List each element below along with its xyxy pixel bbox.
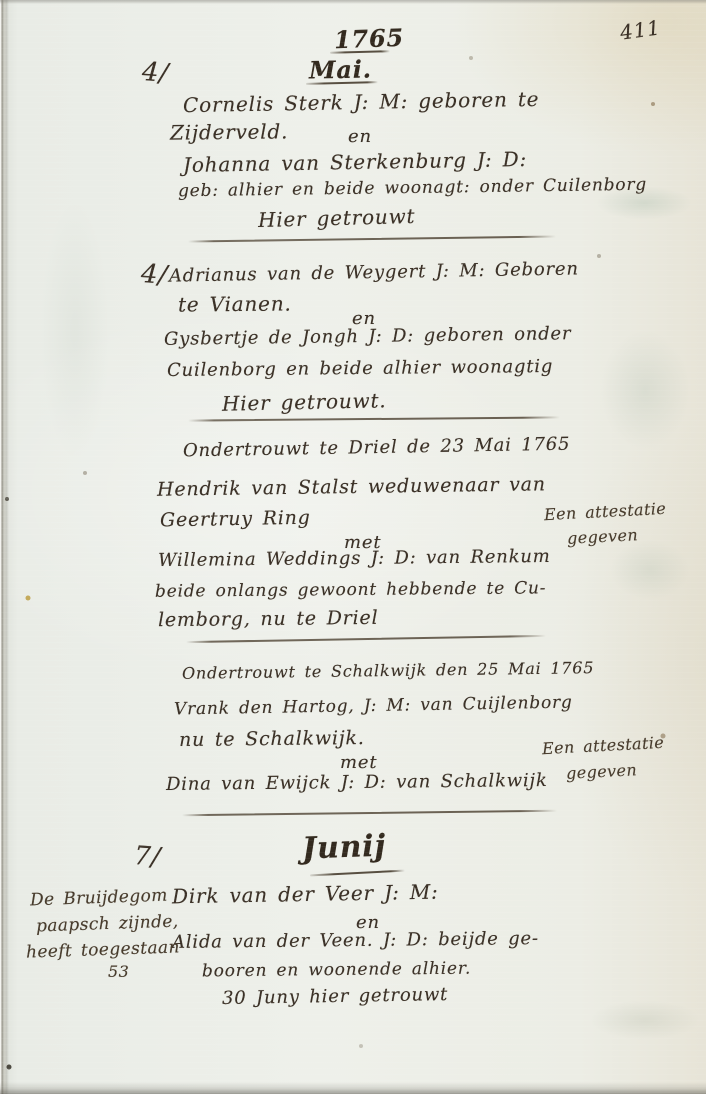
entry-line: Vrank den Hartog, J: M: van Cuijlenborg xyxy=(174,693,573,720)
entry-line: Dina van Ewijck J: D: van Schalkwijk xyxy=(166,770,548,795)
entry-line: te Vianen. xyxy=(178,292,292,317)
ink-bleed-smudge xyxy=(590,1000,700,1040)
entry-line: Hier getrouwt. xyxy=(222,388,387,415)
entry-line: Alida van der Veen. J: D: beijde ge- xyxy=(172,928,539,953)
entry-line: Ondertrouwt te Driel de 23 Mai 1765 xyxy=(183,434,571,462)
entry-line: Hendrik van Stalst weduwenaar van xyxy=(157,473,546,500)
entry-line: Zijderveld. xyxy=(170,119,288,144)
manuscript-page: 411 1765 Mai. 4/ Cornelis Sterk J: M: ge… xyxy=(0,0,706,1094)
entry-divider-line xyxy=(188,416,560,421)
entry-divider-line xyxy=(182,810,557,817)
month-header-june: Junij xyxy=(301,829,386,867)
entry-line: nu te Schalkwijk. xyxy=(179,727,365,751)
entry-line: Ondertrouwt te Schalkwijk den 25 Mai 176… xyxy=(182,658,595,683)
month-june-underline xyxy=(310,870,405,877)
margin-note-line: De Bruijdegom xyxy=(30,886,168,911)
margin-note-line: gegeven xyxy=(566,760,638,783)
entry-line: 30 Juny hier getrouwt xyxy=(222,984,448,1009)
entry-line: booren en woonende alhier. xyxy=(202,959,471,982)
page-top-edge xyxy=(0,0,706,4)
margin-note-line: Een attestatie xyxy=(544,499,667,524)
year-header: 1765 xyxy=(334,23,405,54)
entry-line: Johanna van Sterkenburg J: D: xyxy=(183,147,527,177)
entry-line: Cornelis Sterk J: M: geboren te xyxy=(183,87,540,117)
entry-line: beide onlangs gewoont hebbende te Cu- xyxy=(155,578,546,601)
entry-divider-line xyxy=(188,235,556,242)
entry-line: geb: alhier en beide woonagt: onder Cuil… xyxy=(178,175,647,202)
ink-bleed-smudge xyxy=(600,330,690,450)
book-binding-edge xyxy=(0,0,9,1094)
margin-note-line: 53 xyxy=(108,962,129,981)
entry-line: Dirk van der Veer J: M: xyxy=(172,880,439,909)
entry-number: 7/ xyxy=(133,841,162,873)
entry-line: Adrianus van de Weygert J: M: Geboren xyxy=(169,258,579,286)
entry-line: en xyxy=(348,126,372,147)
margin-note-line: heeft toegestaan xyxy=(26,937,180,962)
entry-line: lemborg, nu te Driel xyxy=(158,607,379,631)
entry-divider-line xyxy=(186,635,546,643)
entry-line: Hier getrouwt xyxy=(258,204,416,232)
margin-note-line: paapsch zijnde, xyxy=(36,912,179,937)
entry-line: Gysbertje de Jongh J: D: geboren onder xyxy=(164,323,572,350)
ink-bleed-smudge xyxy=(40,200,110,460)
margin-note-line: gegeven xyxy=(567,525,639,548)
paper-specks xyxy=(0,0,2,2)
entry-line: Willemina Weddings J: D: van Renkum xyxy=(158,546,551,571)
page-bottom-edge xyxy=(0,1082,706,1094)
margin-note-line: Een attestatie xyxy=(542,733,665,758)
ink-bleed-smudge xyxy=(610,540,690,600)
entry-line: Cuilenborg en beide alhier woonagtig xyxy=(167,356,553,381)
entry-line: met xyxy=(340,752,377,773)
page-number: 411 xyxy=(619,15,663,44)
entry-number: 4/ xyxy=(140,259,169,291)
month-header-may: Mai. xyxy=(309,54,372,84)
entry-number: 4/ xyxy=(141,57,170,89)
entry-line: Geertruy Ring xyxy=(160,507,311,532)
